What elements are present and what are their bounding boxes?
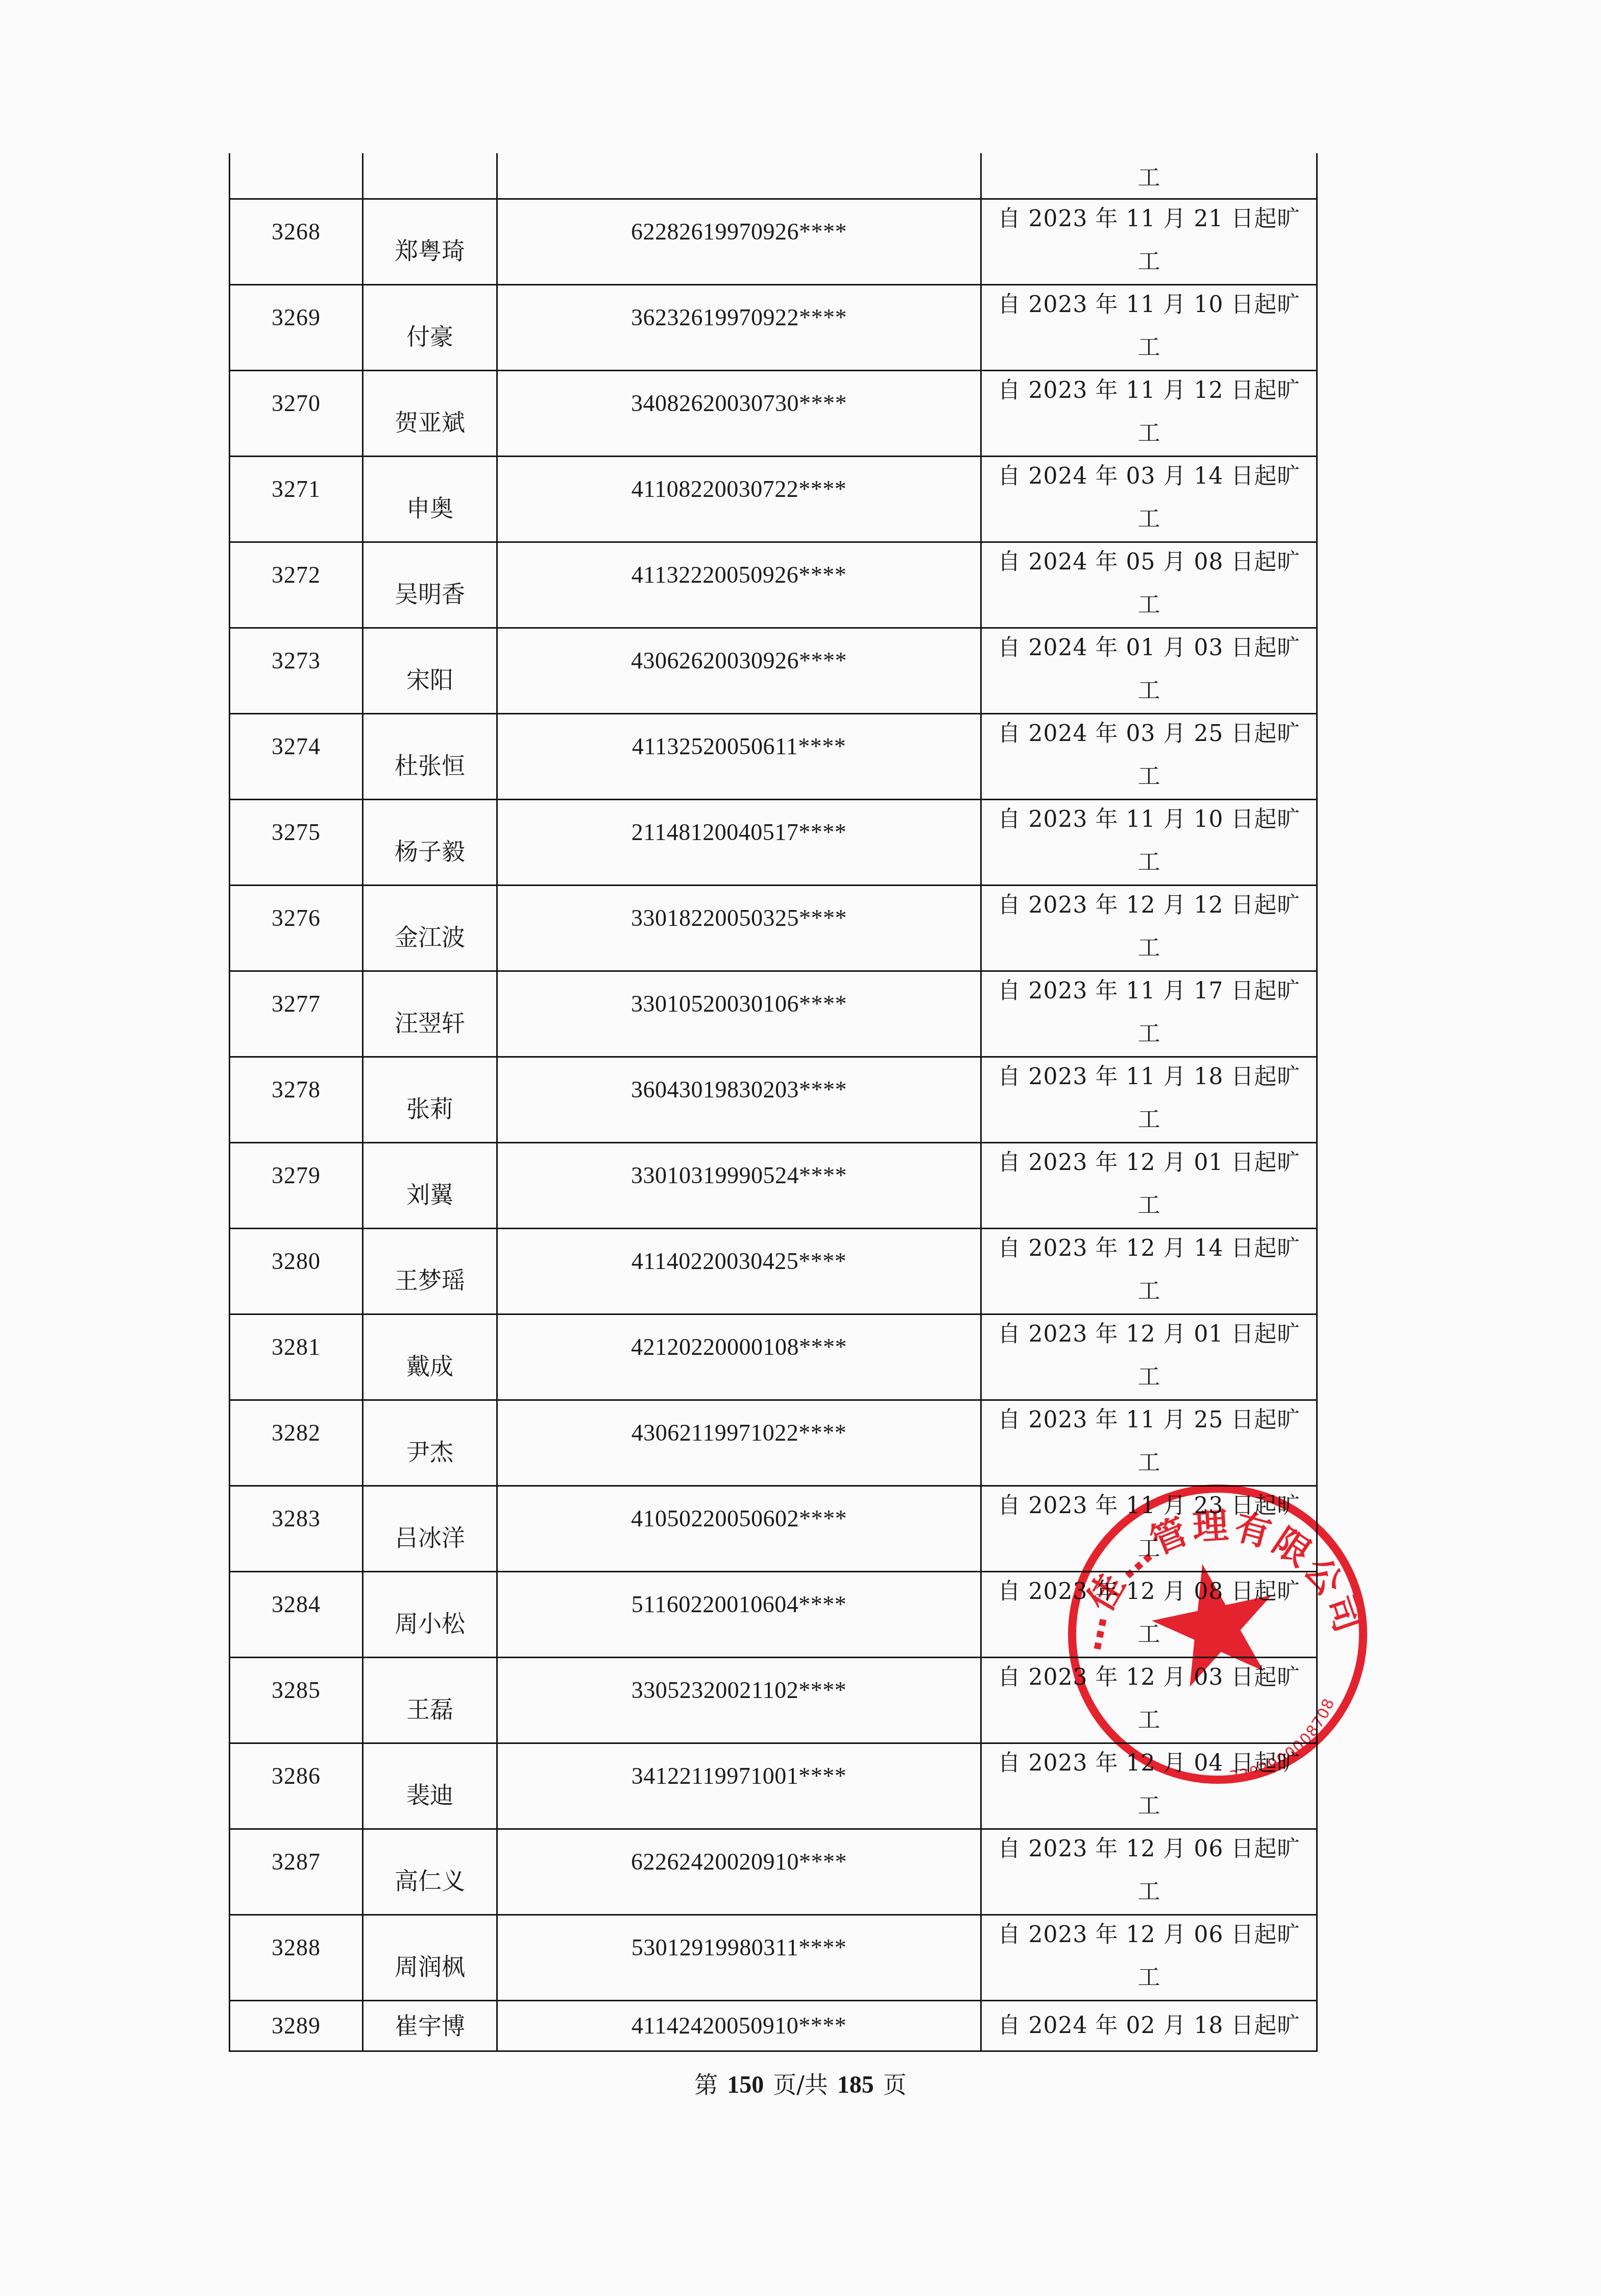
row-number: 3284 — [272, 1593, 321, 1616]
absence-tail: 工 — [982, 251, 1316, 273]
person-name: 吴明香 — [395, 582, 465, 606]
cell-name: 刘翼 — [363, 1143, 497, 1229]
cell-name — [363, 153, 497, 199]
absence-date: 自 2024 年 05 月 08 日起旷 — [982, 551, 1316, 573]
person-name: 张莉 — [406, 1097, 453, 1120]
row-number: 3286 — [272, 1764, 321, 1788]
table-row: 3282尹杰43062119971022****自 2023 年 11 月 25… — [230, 1400, 1317, 1486]
absence-tail: 工 — [982, 337, 1316, 359]
absence-tail: 工 — [982, 594, 1316, 616]
id-number: 41132520050611**** — [632, 735, 846, 758]
absence-date: 自 2023 年 12 月 03 日起旷 — [982, 1666, 1316, 1689]
absence-tail: 工 — [982, 1194, 1316, 1217]
person-name: 贺亚斌 — [395, 411, 465, 434]
table-row: 3283吕冰洋41050220050602****自 2023 年 11 月 2… — [230, 1486, 1317, 1572]
absence-date: 自 2023 年 11 月 23 日起旷 — [982, 1495, 1316, 1517]
id-number: 62262420020910**** — [631, 1850, 847, 1874]
cell-status: 自 2023 年 11 月 10 日起旷工 — [981, 285, 1317, 371]
cell-status: 工 — [981, 153, 1317, 199]
cell-id: 43062119971022**** — [497, 1400, 981, 1486]
cell-name: 吴明香 — [363, 542, 497, 628]
person-name: 崔宇博 — [395, 2014, 465, 2038]
cell-no: 3269 — [230, 285, 363, 371]
footer-middle: 页/共 — [773, 2071, 828, 2098]
cell-id: 34082620030730**** — [497, 371, 981, 457]
cell-no: 3278 — [230, 1057, 363, 1143]
table-row: 3268郑粤琦62282619970926****自 2023 年 11 月 2… — [230, 199, 1317, 285]
table-row: 3280王梦瑶41140220030425****自 2023 年 12 月 1… — [230, 1229, 1317, 1314]
absence-tail: 工 — [982, 766, 1316, 788]
cell-name: 高仁义 — [363, 1829, 497, 1915]
cell-name: 付豪 — [363, 285, 497, 371]
absence-date: 自 2023 年 12 月 01 日起旷 — [982, 1152, 1316, 1174]
person-name: 杜张恒 — [395, 754, 465, 777]
id-number: 36043019830203**** — [631, 1078, 847, 1102]
cell-name: 贺亚斌 — [363, 371, 497, 457]
row-number: 3268 — [272, 220, 321, 244]
cell-status: 自 2023 年 11 月 17 日起旷工 — [981, 971, 1317, 1057]
row-number: 3275 — [272, 821, 321, 844]
table-row: 3277汪翌轩33010520030106****自 2023 年 11 月 1… — [230, 971, 1317, 1057]
cell-name: 戴成 — [363, 1314, 497, 1400]
cell-status: 自 2023 年 11 月 12 日起旷工 — [981, 371, 1317, 457]
cell-id: 41142420050910**** — [497, 2001, 981, 2051]
total-page-number: 185 — [837, 2071, 874, 2098]
absence-date: 自 2023 年 11 月 12 日起旷 — [982, 379, 1316, 402]
person-name: 王磊 — [406, 1697, 453, 1721]
table-row: 3285王磊33052320021102****自 2023 年 12 月 03… — [230, 1658, 1317, 1743]
person-name: 宋阳 — [406, 668, 453, 691]
cell-name: 王梦瑶 — [363, 1229, 497, 1314]
cell-id: 41140220030425**** — [497, 1229, 981, 1314]
cell-no: 3275 — [230, 800, 363, 886]
id-number: 43062119971022**** — [632, 1421, 846, 1445]
id-number: 34082620030730**** — [631, 392, 847, 415]
id-number: 21148120040517**** — [632, 821, 846, 844]
footer-suffix: 页 — [883, 2071, 907, 2098]
cell-no: 3287 — [230, 1829, 363, 1915]
cell-name: 申奥 — [363, 457, 497, 542]
absence-tail: 工 — [982, 1967, 1316, 1989]
id-number: 41108220030722**** — [632, 477, 846, 501]
cell-id: 41108220030722**** — [497, 457, 981, 542]
row-number: 3289 — [272, 2014, 321, 2038]
absence-date: 自 2023 年 12 月 14 日起旷 — [982, 1237, 1316, 1260]
table-row: 3275杨子毅21148120040517****自 2023 年 11 月 1… — [230, 800, 1317, 886]
table-row: 3286裴迪34122119971001****自 2023 年 12 月 04… — [230, 1743, 1317, 1829]
absence-tail: 工 — [982, 1452, 1316, 1474]
cell-id: 21148120040517**** — [497, 800, 981, 886]
cell-status: 自 2024 年 02 月 18 日起旷 — [981, 2001, 1317, 2051]
footer-prefix: 第 — [694, 2071, 718, 2098]
absence-date: 自 2024 年 02 月 18 日起旷 — [982, 2015, 1316, 2037]
row-number: 3269 — [272, 306, 321, 329]
cell-no: 3288 — [230, 1915, 363, 2001]
cell-status: 自 2023 年 12 月 06 日起旷工 — [981, 1829, 1317, 1915]
id-number: 41140220030425**** — [632, 1250, 846, 1273]
cell-name: 吕冰洋 — [363, 1486, 497, 1572]
cell-no: 3271 — [230, 457, 363, 542]
cell-id — [497, 153, 981, 199]
table-row: 3284周小松51160220010604****自 2023 年 12 月 0… — [230, 1572, 1317, 1658]
cell-status: 自 2023 年 12 月 06 日起旷工 — [981, 1915, 1317, 2001]
cell-id: 41132220050926**** — [497, 542, 981, 628]
row-number: 3288 — [272, 1936, 321, 1959]
id-number: 62282619970926**** — [631, 220, 847, 244]
id-number: 33052320021102**** — [632, 1679, 846, 1702]
absence-date: 自 2023 年 11 月 10 日起旷 — [982, 808, 1316, 831]
cell-status: 自 2023 年 12 月 01 日起旷工 — [981, 1143, 1317, 1229]
row-number: 3274 — [272, 735, 321, 758]
cell-no: 3283 — [230, 1486, 363, 1572]
absence-date: 自 2023 年 11 月 21 日起旷 — [982, 208, 1316, 230]
cell-id: 41050220050602**** — [497, 1486, 981, 1572]
table-row: 3279刘翼33010319990524****自 2023 年 12 月 01… — [230, 1143, 1317, 1229]
table-row: 3289崔宇博41142420050910****自 2024 年 02 月 1… — [230, 2001, 1317, 2051]
cell-no: 3276 — [230, 886, 363, 971]
absence-tail: 工 — [982, 851, 1316, 874]
cell-status: 自 2024 年 05 月 08 日起旷工 — [981, 542, 1317, 628]
cell-status: 自 2024 年 01 月 03 日起旷工 — [981, 628, 1317, 714]
cell-no: 3279 — [230, 1143, 363, 1229]
table-row: 3287高仁义62262420020910****自 2023 年 12 月 0… — [230, 1829, 1317, 1915]
cell-name: 尹杰 — [363, 1400, 497, 1486]
person-name: 付豪 — [406, 325, 453, 348]
absence-tail: 工 — [982, 1623, 1316, 1646]
cell-id: 33010520030106**** — [497, 971, 981, 1057]
table-row: 3276金江波33018220050325****自 2023 年 12 月 1… — [230, 886, 1317, 971]
page-footer: 第150页/共185页 — [0, 2066, 1601, 2100]
absence-date: 自 2023 年 12 月 06 日起旷 — [982, 1838, 1316, 1860]
cell-name: 汪翌轩 — [363, 971, 497, 1057]
cell-status: 自 2023 年 12 月 03 日起旷工 — [981, 1658, 1317, 1743]
table-row: 3281戴成42120220000108****自 2023 年 12 月 01… — [230, 1314, 1317, 1400]
cell-id: 62282619970926**** — [497, 199, 981, 285]
cell-no: 3285 — [230, 1658, 363, 1743]
absence-tail: 工 — [982, 1366, 1316, 1389]
absence-date: 自 2023 年 11 月 25 日起旷 — [982, 1409, 1316, 1431]
id-number: 36232619970922**** — [631, 306, 847, 329]
cell-no: 3284 — [230, 1572, 363, 1658]
cell-name: 郑粤琦 — [363, 199, 497, 285]
absence-date: 自 2023 年 12 月 04 日起旷 — [982, 1752, 1316, 1775]
row-number: 3287 — [272, 1850, 321, 1874]
id-number: 33010319990524**** — [631, 1164, 847, 1187]
absence-tail: 工 — [982, 937, 1316, 960]
cell-status: 自 2023 年 11 月 25 日起旷工 — [981, 1400, 1317, 1486]
absence-tail: 工 — [982, 1881, 1316, 1903]
person-name: 郑粤琦 — [395, 239, 465, 262]
row-number: 3272 — [272, 563, 321, 587]
cell-status: 自 2023 年 12 月 04 日起旷工 — [981, 1743, 1317, 1829]
cell-id: 34122119971001**** — [497, 1743, 981, 1829]
absence-date: 自 2023 年 12 月 12 日起旷 — [982, 894, 1316, 917]
row-number: 3280 — [272, 1250, 321, 1273]
absence-tail: 工 — [982, 680, 1316, 702]
person-name: 周小松 — [395, 1612, 465, 1635]
cell-status: 自 2023 年 12 月 08 日起旷工 — [981, 1572, 1317, 1658]
person-name: 杨子毅 — [395, 840, 465, 863]
row-number: 3281 — [272, 1335, 321, 1359]
row-number: 3285 — [272, 1679, 321, 1702]
cell-name: 周润枫 — [363, 1915, 497, 2001]
absence-date: 自 2023 年 12 月 06 日起旷 — [982, 1924, 1316, 1946]
cell-name: 周小松 — [363, 1572, 497, 1658]
row-number: 3283 — [272, 1507, 321, 1530]
id-number: 33010520030106**** — [631, 992, 847, 1016]
absence-date: 自 2023 年 12 月 01 日起旷 — [982, 1323, 1316, 1346]
row-number: 3278 — [272, 1078, 321, 1102]
cell-name: 金江波 — [363, 886, 497, 971]
absence-tail: 工 — [982, 508, 1316, 531]
id-number: 34122119971001**** — [632, 1764, 846, 1788]
person-name: 金江波 — [395, 925, 465, 949]
absence-tail: 工 — [982, 1109, 1316, 1131]
table-row: 3269付豪36232619970922****自 2023 年 11 月 10… — [230, 285, 1317, 371]
cell-id: 33018220050325**** — [497, 886, 981, 971]
cell-status: 自 2023 年 12 月 14 日起旷工 — [981, 1229, 1317, 1314]
cell-id: 53012919980311**** — [497, 1915, 981, 2001]
current-page-number: 150 — [727, 2071, 764, 2098]
cell-no: 3274 — [230, 714, 363, 800]
absentee-roster-table: 工 3268郑粤琦62282619970926****自 2023 年 11 月… — [229, 153, 1318, 2052]
cell-no: 3286 — [230, 1743, 363, 1829]
absence-date: 自 2023 年 11 月 17 日起旷 — [982, 980, 1316, 1002]
cell-name: 王磊 — [363, 1658, 497, 1743]
cell-id: 41132520050611**** — [497, 714, 981, 800]
row-number: 3270 — [272, 392, 321, 415]
cell-id: 51160220010604**** — [497, 1572, 981, 1658]
cell-status: 自 2023 年 12 月 12 日起旷工 — [981, 886, 1317, 971]
cell-id: 43062620030926**** — [497, 628, 981, 714]
cell-no: 3270 — [230, 371, 363, 457]
cell-id: 33052320021102**** — [497, 1658, 981, 1743]
person-name: 刘翼 — [406, 1183, 453, 1206]
cell-name: 崔宇博 — [363, 2001, 497, 2051]
id-number: 33018220050325**** — [631, 906, 847, 930]
person-name: 申奥 — [406, 496, 453, 520]
cell-no: 3268 — [230, 199, 363, 285]
id-number: 41050220050602**** — [631, 1507, 847, 1530]
cell-id: 62262420020910**** — [497, 1829, 981, 1915]
id-number: 43062620030926**** — [631, 649, 847, 673]
cell-no: 3280 — [230, 1229, 363, 1314]
cell-no: 3282 — [230, 1400, 363, 1486]
cell-status: 自 2024 年 03 月 14 日起旷工 — [981, 457, 1317, 542]
id-number: 53012919980311**** — [632, 1936, 846, 1959]
table-row: 3273宋阳43062620030926****自 2024 年 01 月 03… — [230, 628, 1317, 714]
person-name: 高仁义 — [395, 1869, 465, 1893]
person-name: 王梦瑶 — [395, 1269, 465, 1292]
table-row: 3274杜张恒41132520050611****自 2024 年 03 月 2… — [230, 714, 1317, 800]
cell-no: 3281 — [230, 1314, 363, 1400]
cell-id: 36232619970922**** — [497, 285, 981, 371]
status-tail: 工 — [982, 167, 1316, 189]
id-number: 42120220000108**** — [631, 1335, 847, 1359]
table-row: 3278张莉36043019830203****自 2023 年 11 月 18… — [230, 1057, 1317, 1143]
cell-no — [230, 153, 363, 199]
id-number: 41142420050910**** — [632, 2014, 846, 2038]
document-page: 工 3268郑粤琦62282619970926****自 2023 年 11 月… — [0, 0, 1601, 2296]
continued-row: 工 — [230, 153, 1317, 199]
absence-tail: 工 — [982, 1538, 1316, 1560]
absence-date: 自 2024 年 03 月 25 日起旷 — [982, 723, 1316, 745]
row-number: 3279 — [272, 1164, 321, 1187]
absence-date: 自 2023 年 12 月 08 日起旷 — [982, 1581, 1316, 1603]
cell-status: 自 2023 年 12 月 01 日起旷工 — [981, 1314, 1317, 1400]
person-name: 尹杰 — [406, 1440, 453, 1464]
row-number: 3276 — [272, 906, 321, 930]
cell-name: 杜张恒 — [363, 714, 497, 800]
cell-no: 3289 — [230, 2001, 363, 2051]
cell-id: 36043019830203**** — [497, 1057, 981, 1143]
cell-name: 裴迪 — [363, 1743, 497, 1829]
absence-tail: 工 — [982, 1280, 1316, 1303]
cell-id: 33010319990524**** — [497, 1143, 981, 1229]
cell-name: 宋阳 — [363, 628, 497, 714]
row-number: 3273 — [272, 649, 321, 673]
cell-status: 自 2023 年 11 月 18 日起旷工 — [981, 1057, 1317, 1143]
cell-name: 杨子毅 — [363, 800, 497, 886]
absence-tail: 工 — [982, 1023, 1316, 1045]
person-name: 吕冰洋 — [395, 1526, 465, 1549]
cell-status: 自 2024 年 03 月 25 日起旷工 — [981, 714, 1317, 800]
cell-no: 3272 — [230, 542, 363, 628]
table-row: 3270贺亚斌34082620030730****自 2023 年 11 月 1… — [230, 371, 1317, 457]
person-name: 周润枫 — [395, 1955, 465, 1978]
absence-tail: 工 — [982, 422, 1316, 445]
cell-status: 自 2023 年 11 月 10 日起旷工 — [981, 800, 1317, 886]
table-row: 3271申奥41108220030722****自 2024 年 03 月 14… — [230, 457, 1317, 542]
id-number: 51160220010604**** — [632, 1593, 846, 1616]
person-name: 戴成 — [406, 1354, 453, 1378]
cell-no: 3277 — [230, 971, 363, 1057]
absence-date: 自 2023 年 11 月 18 日起旷 — [982, 1066, 1316, 1088]
table-row: 3272吴明香41132220050926****自 2024 年 05 月 0… — [230, 542, 1317, 628]
cell-status: 自 2023 年 11 月 21 日起旷工 — [981, 199, 1317, 285]
row-number: 3271 — [272, 477, 321, 501]
absence-date: 自 2023 年 11 月 10 日起旷 — [982, 294, 1316, 316]
cell-no: 3273 — [230, 628, 363, 714]
absence-tail: 工 — [982, 1709, 1316, 1732]
absence-date: 自 2024 年 03 月 14 日起旷 — [982, 465, 1316, 488]
cell-name: 张莉 — [363, 1057, 497, 1143]
person-name: 汪翌轩 — [395, 1011, 465, 1035]
cell-id: 42120220000108**** — [497, 1314, 981, 1400]
cell-status: 自 2023 年 11 月 23 日起旷工 — [981, 1486, 1317, 1572]
person-name: 裴迪 — [406, 1783, 453, 1807]
row-number: 3282 — [272, 1421, 321, 1445]
table-row: 3288周润枫53012919980311****自 2023 年 12 月 0… — [230, 1915, 1317, 2001]
absence-date: 自 2024 年 01 月 03 日起旷 — [982, 637, 1316, 659]
id-number: 41132220050926**** — [632, 563, 846, 587]
row-number: 3277 — [272, 992, 321, 1016]
absence-tail: 工 — [982, 1795, 1316, 1817]
